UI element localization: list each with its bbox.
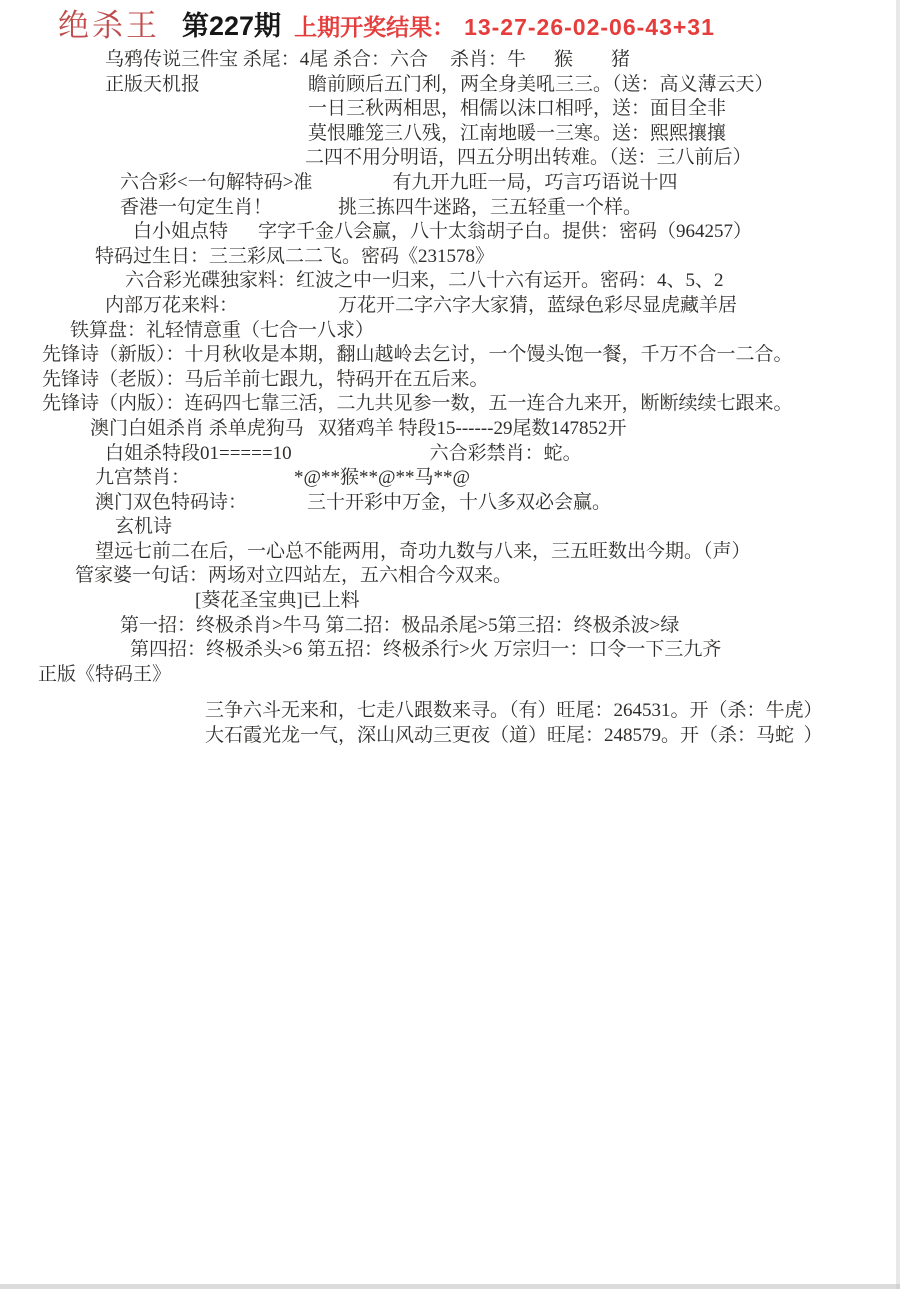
line-hk-zodiac-sentence: 香港一句定生肖！挑三拣四牛迷路，三五轻重一个样。	[0, 196, 900, 221]
line-text: 万花开二字六字大家猜，蓝绿色彩尽显虎藏羊居	[338, 294, 737, 319]
line-text: 第一招：终极杀肖>牛马 第二招：极品杀尾>5第三招：终极杀波>绿	[120, 614, 679, 639]
line-label: 香港一句定生肖！	[120, 196, 272, 221]
line-text: 有九开九旺一局，巧言巧语说十四	[392, 171, 677, 196]
line-label: 九宫禁肖：	[95, 466, 190, 491]
line-text: [葵花圣宝典]已上料	[195, 589, 360, 614]
line-guanjiapo: 管家婆一句话：两场对立四站左，五六相合今双来。	[0, 564, 900, 589]
line-text: 瞻前顾后五门利，两全身美吼三三。（送：高义薄云天）	[308, 73, 774, 98]
line-text: 大石霞光龙一气，深山风动三更夜（道）旺尾：248579。开（杀：马蛇 ）	[205, 724, 823, 749]
line-text: 猪	[611, 48, 630, 73]
line-text: *@**猴**@**马**@	[294, 466, 470, 491]
line-macau-baijie-kill: 澳门白姐杀肖 杀单虎狗马双猪鸡羊 特段15------29尾数147852开	[0, 417, 900, 442]
section-title: 玄机诗	[115, 515, 172, 540]
line-label: 正版天机报	[105, 73, 200, 98]
line-label: 内部万花来料：	[105, 294, 238, 319]
line-kuihua-baodian: [葵花圣宝典]已上料	[0, 589, 900, 614]
line-tema-birthday: 特码过生日：三三彩凤二二飞。密码《231578》	[0, 245, 900, 270]
line-baijie-segment: 白姐杀特段01=====10六合彩禁肖：蛇。	[0, 442, 900, 467]
line-text: 乌鸦传说三件宝 杀尾：4尾 杀合：六合	[105, 48, 428, 73]
line-text: 六合彩禁肖：蛇。	[430, 442, 582, 467]
line-pioneer-poem-new: 先锋诗（新版）：十月秋收是本期，翻山越岭去乞讨，一个馒头饱一餐，千万不合一二合。	[0, 343, 900, 368]
line-text: 六合彩光碟独家料：红波之中一归来，二八十六有运开。密码：4、5、2	[125, 269, 724, 294]
line-temawang-title: 正版《特码王》	[0, 663, 900, 688]
line-moves-4-5: 第四招：终极杀头>6 第五招：终极杀行>火 万宗归一：口令一下三九齐	[0, 638, 900, 663]
line-tianjibao-poem-2: 莫恨雕笼三八残，江南地暖一三寒。送：熙熙攘攘	[0, 122, 900, 147]
line-text: 猴	[554, 48, 573, 73]
line-label: 白姐杀特段01=====10	[105, 442, 292, 467]
line-text: 一日三秋两相思，相儒以沫口相呼，送：面目全非	[308, 97, 726, 122]
last-draw-result-numbers: 13-27-26-02-06-43+31	[464, 14, 715, 40]
line-text: 望远七前二在后，一心总不能两用，奇功九数与八来，三五旺数出今期。（声）	[95, 540, 751, 565]
line-pioneer-poem-inner: 先锋诗（内版）：连码四七靠三活，二九共见参一数，五一连合九来开，断断续续七跟来。	[0, 392, 900, 417]
line-text: 挑三拣四牛迷路，三五轻重一个样。	[338, 196, 642, 221]
line-xuanji-title: 玄机诗	[0, 515, 900, 540]
line-label: 白小姐点特	[133, 220, 228, 245]
last-draw-result: 上期开奖结果：13-27-26-02-06-43+31	[294, 14, 715, 41]
line-temawang-verse-2: 大石霞光龙一气，深山风动三更夜（道）旺尾：248579。开（杀：马蛇 ）	[0, 724, 900, 749]
line-temawang-verse-1: 三争六斗无来和，七走八跟数来寻。（有）旺尾：264531。开（杀：牛虎）	[0, 699, 900, 724]
line-text: 杀肖：牛	[450, 48, 526, 73]
line-text: 澳门白姐杀肖 杀单虎狗马	[90, 417, 304, 442]
tip-lines: 乌鸦传说三件宝 杀尾：4尾 杀合：六合杀肖：牛猴猪 正版天机报瞻前顾后五门利，两…	[0, 48, 900, 749]
line-text: 莫恨雕笼三八残，江南地暖一三寒。送：熙熙攘攘	[308, 122, 726, 147]
brand-title: 绝杀王	[58, 10, 160, 41]
line-tianjibao-poem-3: 二四不用分明语，四五分明出转难。（送：三八前后）	[0, 146, 900, 171]
line-text: 第四招：终极杀头>6 第五招：终极杀行>火 万宗归一：口令一下三九齐	[130, 638, 721, 663]
line-text: 二四不用分明语，四五分明出转难。（送：三八前后）	[305, 146, 752, 171]
line-macau-double-poem: 澳门双色特码诗：三十开彩中万金，十八多双必会赢。	[0, 491, 900, 516]
last-draw-result-label: 上期开奖结果：	[294, 14, 455, 40]
issue-number: 第227期	[182, 12, 281, 41]
line-baixiaojie: 白小姐点特字字千金八会赢，八十太翁胡子白。提供：密码（964257）	[0, 220, 900, 245]
line-text: 三争六斗无来和，七走八跟数来寻。（有）旺尾：264531。开（杀：牛虎）	[205, 699, 823, 724]
line-label: 六合彩<一句解特码>准	[120, 171, 312, 196]
line-text: 先锋诗（老版）：马后羊前七跟九，特码开在五后来。	[42, 368, 489, 393]
line-text: 特码过生日：三三彩凤二二飞。密码《231578》	[95, 245, 494, 270]
line-text: 先锋诗（新版）：十月秋收是本期，翻山越岭去乞讨，一个馒头饱一餐，千万不合一二合。	[42, 343, 793, 368]
line-xuanji-poem: 望远七前二在后，一心总不能两用，奇功九数与八来，三五旺数出今期。（声）	[0, 540, 900, 565]
section-title: 正版《特码王》	[38, 663, 171, 688]
line-jiugong-ban: 九宫禁肖：*@**猴**@**马**@	[0, 466, 900, 491]
line-text: 双猪鸡羊 特段15------29尾数147852开	[318, 417, 627, 442]
line-text: 管家婆一句话：两场对立四站左，五六相合今双来。	[75, 564, 512, 589]
line-text: 字字千金八会赢，八十太翁胡子白。提供：密码（964257）	[258, 220, 752, 245]
line-internal-wanhua: 内部万花来料：万花开二字六字大家猜，蓝绿色彩尽显虎藏羊居	[0, 294, 900, 319]
line-text: 三十开彩中万金，十八多双必会赢。	[307, 491, 611, 516]
line-moves-1-3: 第一招：终极杀肖>牛马 第二招：极品杀尾>5第三招：终极杀波>绿	[0, 614, 900, 639]
line-one-sentence-special: 六合彩<一句解特码>准有九开九旺一局，巧言巧语说十四	[0, 171, 900, 196]
line-tiesuanpan: 铁算盘：礼轻情意重（七合一八求）	[0, 319, 900, 344]
line-label: 澳门双色特码诗：	[95, 491, 247, 516]
line-disc-exclusive: 六合彩光碟独家料：红波之中一归来，二八十六有运开。密码：4、5、2	[0, 269, 900, 294]
line-text: 先锋诗（内版）：连码四七靠三活，二九共见参一数，五一连合九来开，断断续续七跟来。	[42, 392, 793, 417]
line-text: 铁算盘：礼轻情意重（七合一八求）	[70, 319, 374, 344]
line-crow-legend: 乌鸦传说三件宝 杀尾：4尾 杀合：六合杀肖：牛猴猪	[0, 48, 900, 73]
line-tianjibao: 正版天机报瞻前顾后五门利，两全身美吼三三。（送：高义薄云天）	[0, 73, 900, 98]
header: 绝杀王 第227期 上期开奖结果：13-27-26-02-06-43+31	[0, 0, 900, 41]
scanned-lottery-tip-sheet: 绝杀王 第227期 上期开奖结果：13-27-26-02-06-43+31 乌鸦…	[0, 0, 900, 1289]
line-tianjibao-poem-1: 一日三秋两相思，相儒以沫口相呼，送：面目全非	[0, 97, 900, 122]
line-pioneer-poem-old: 先锋诗（老版）：马后羊前七跟九，特码开在五后来。	[0, 368, 900, 393]
